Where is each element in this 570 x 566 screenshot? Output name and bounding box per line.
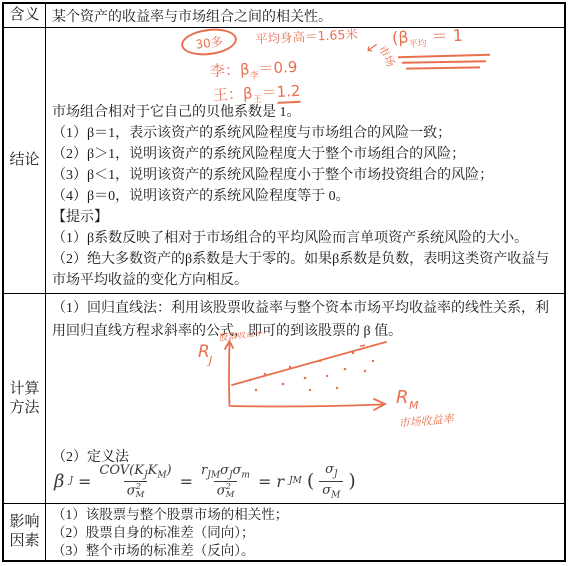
- f1-close: ): [167, 463, 172, 478]
- meaning-text: 某个资产的收益率与市场组合之间的相关性。: [52, 6, 332, 26]
- regression-line: [232, 342, 386, 385]
- handwritten-circled-note: 30多: [180, 26, 239, 59]
- f2-subm: m: [241, 470, 250, 480]
- f3-sigma-den: σ: [322, 483, 331, 498]
- f3-sigma-num: σ: [325, 462, 334, 477]
- conclusion-line: （2）β＞1，说明该资产的系统风险程度大于整个市场组合的风险；: [52, 144, 561, 165]
- beta-market-pre: (β: [392, 28, 409, 48]
- conclusion-hint-header: 【提示】: [52, 207, 561, 228]
- formula-equals: =: [78, 472, 91, 491]
- factors-line: （3）整个市场的标准差（反向）。: [52, 542, 564, 560]
- notes-table: 含义 某个资产的收益率与市场组合之间的相关性。 结论 30多 平均身高＝1.65…: [2, 2, 566, 562]
- formula-beta-sub: J: [69, 476, 73, 486]
- handwritten-beta-market-note: (β平均 ＝ 1: [392, 23, 464, 51]
- handdrawn-regression-chart: R J 股票收益率 R M 市场收益率: [194, 332, 569, 440]
- f1-supsub: 2M: [136, 483, 145, 499]
- formula-r-sub: JM: [289, 476, 302, 486]
- wang-post: ＝: [261, 83, 277, 102]
- beta-formula: βJ = COV(KJKM) σ2M = rJMσJσm σ2M = rJM (…: [54, 462, 356, 500]
- factors-line: （2）股票自身的标准差（同向）；: [52, 524, 564, 542]
- f3-subj: J: [334, 470, 338, 480]
- factors-line: （1）该股票与整个股票市场的相关性；: [52, 506, 564, 524]
- conclusion-line: 市场组合相对于它自己的贝他系数是 1。: [52, 102, 561, 123]
- beta-market-sub: 平均: [409, 39, 427, 50]
- x-axis-line: [231, 405, 382, 407]
- f1-cov: COV(K: [99, 463, 144, 478]
- f1-sigma: σ: [127, 484, 136, 499]
- li-pre: 李：β: [210, 60, 250, 80]
- conclusion-line: （1）β系数反映了相对于市场组合的平均风险而言单项资产系统风险的大小。: [52, 228, 561, 249]
- fraction3-denominator: σM: [319, 481, 343, 501]
- f2-subjm: JM: [207, 470, 220, 480]
- f2-sigma-den: σ: [217, 484, 226, 499]
- x-axis-label: R: [396, 387, 409, 408]
- factors-label-text: 影响因素: [9, 513, 40, 551]
- handwritten-avg-height-note: 平均身高＝1.65米: [255, 24, 359, 47]
- handwritten-underline: [398, 54, 490, 58]
- row-label-factors: 影响因素: [4, 504, 46, 560]
- f1-k: K: [148, 463, 158, 478]
- factors-cell: （1）该股票与整个股票市场的相关性； （2）股票自身的标准差（同向）； （3）整…: [46, 504, 564, 560]
- conclusion-line: （3）β＜1，说明该资产的系统风险程度小于整个市场投资组合的风险；: [52, 165, 561, 186]
- formula-lparen: (: [307, 470, 314, 492]
- conclusion-text-block: 市场组合相对于它自己的贝他系数是 1。 （1）β＝1，表示该资产的系统风险程度与…: [52, 102, 561, 291]
- f2-subM: M: [226, 491, 235, 499]
- regression-sketch: R J 股票收益率 R M 市场收益率: [194, 332, 569, 440]
- factors-text-block: （1）该股票与整个股票市场的相关性； （2）股票自身的标准差（同向）； （3）整…: [46, 504, 564, 560]
- fraction3-numerator: σJ: [322, 462, 340, 481]
- formula-fraction-2: rJMσJσm σ2M: [198, 463, 253, 500]
- formula-fraction-3: σJ σM: [319, 462, 343, 500]
- f1-subm: M: [157, 470, 166, 480]
- conclusion-line: （1）β＝1，表示该资产的系统风险程度与市场组合的风险一致；: [52, 123, 561, 144]
- beta-market-post: ＝ 1: [431, 26, 463, 46]
- meaning-label-text: 含义: [9, 6, 39, 25]
- f2-supsub: 2M: [226, 483, 235, 499]
- x-axis-note: 市场收益率: [398, 412, 456, 430]
- f2-sigma1: σ: [220, 463, 229, 478]
- li-post: ＝0.9: [258, 58, 298, 78]
- meaning-cell: 某个资产的收益率与市场组合之间的相关性。: [46, 4, 564, 28]
- conclusion-cell: 30多 平均身高＝1.65米 ↙ 市场 (β平均 ＝ 1 李：β李＝0.9 王：…: [46, 28, 564, 294]
- y-axis-note: 股票收益率: [218, 332, 265, 344]
- fraction1-denominator: σ2M: [124, 481, 148, 499]
- formula-rparen: ): [348, 470, 355, 492]
- f3-subM: M: [331, 490, 340, 500]
- conclusion-label-text: 结论: [9, 151, 39, 170]
- formula-beta: β: [54, 471, 64, 492]
- formula-r: r: [276, 472, 284, 491]
- calculation-cell: （1）回归直线法：利用该股票收益率与整个资本市场平均收益率的线性关系，利用回归直…: [46, 294, 564, 504]
- row-label-conclusion: 结论: [4, 28, 46, 294]
- row-label-meaning: 含义: [4, 4, 46, 28]
- wang-value: 1.2: [276, 82, 301, 104]
- formula-fraction-1: COV(KJKM) σ2M: [96, 463, 174, 500]
- calculation-label-text: 计算方法: [9, 380, 40, 418]
- y-axis-line: [229, 342, 230, 406]
- fraction2-numerator: rJMσJσm: [198, 463, 253, 482]
- formula-equals-2: =: [180, 472, 193, 491]
- handwritten-underline: [406, 66, 480, 69]
- fraction2-denominator: σ2M: [214, 481, 238, 499]
- x-axis-label-sub: M: [409, 399, 419, 412]
- conclusion-line: （4）β＝0，说明该资产的系统风险程度等于 0。: [52, 186, 561, 207]
- formula-equals-3: =: [258, 472, 271, 491]
- f1-subM: M: [136, 491, 145, 499]
- handwritten-underline: [402, 60, 486, 63]
- handwritten-li-beta-note: 李：β李＝0.9: [209, 56, 298, 84]
- row-label-calculation: 计算方法: [4, 294, 46, 504]
- conclusion-line: （2）绝大多数资产的β系数是大于零的。如果β系数是负数，表明这类资产收益与市场平…: [52, 249, 561, 291]
- fraction1-numerator: COV(KJKM): [96, 463, 174, 482]
- circled-note-text: 30多: [194, 32, 223, 52]
